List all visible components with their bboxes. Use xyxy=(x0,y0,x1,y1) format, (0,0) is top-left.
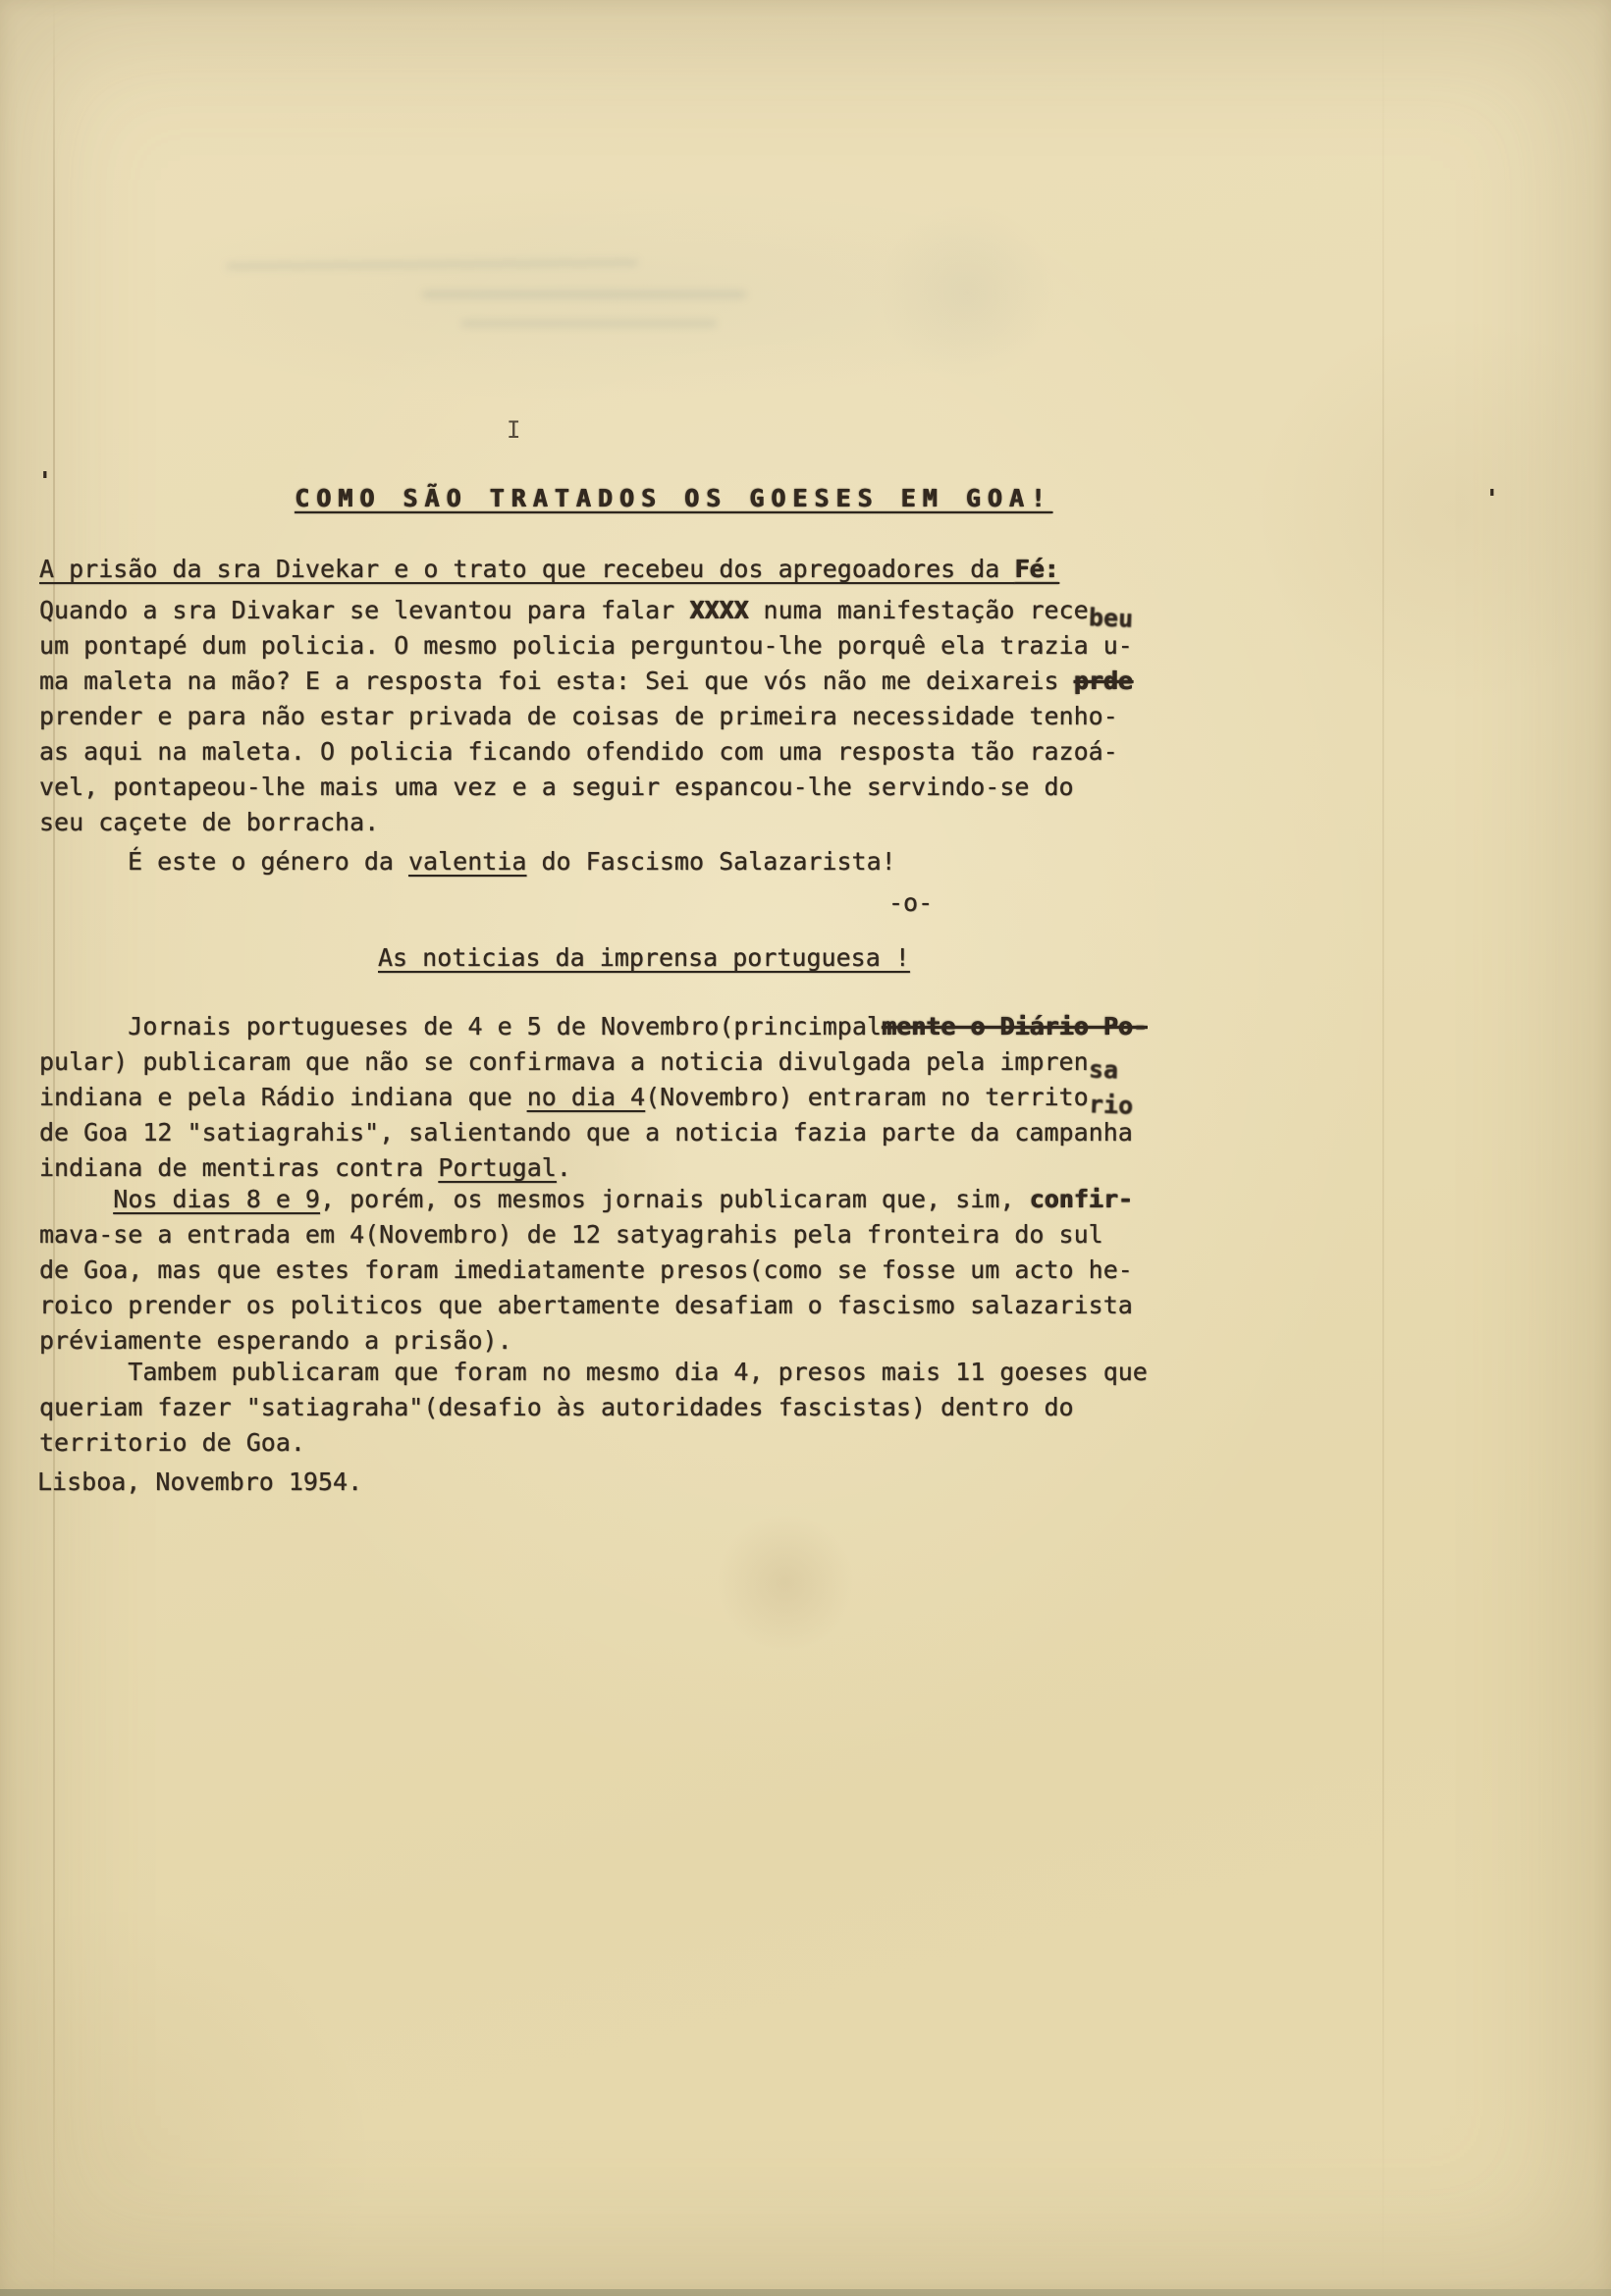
text-line: de Goa 12 "satiagrahis", salientando que… xyxy=(39,1115,1148,1150)
text-segment: XXXX xyxy=(689,596,748,624)
text-segment: É este o género da xyxy=(128,847,408,876)
text-line: de Goa, mas que estes foram imediatament… xyxy=(39,1253,1133,1288)
text-segment: numa manifestação rece xyxy=(748,596,1088,624)
text-segment: ma maleta na mão? E a resposta foi esta:… xyxy=(39,667,1074,695)
text-segment: queriam fazer "satiagraha"(desafio às au… xyxy=(39,1393,1074,1421)
text-line: as aqui na maleta. O policia ficando ofe… xyxy=(39,734,1133,770)
text-segment: rio xyxy=(1088,1087,1133,1124)
text-segment: prender e para não estar privada de cois… xyxy=(39,702,1118,730)
text-segment: pular) publicaram que não se confirmava … xyxy=(39,1047,1089,1076)
scanned-document-page: I ' ' COMO SÃO TRATADOS OS GOESES EM GOA… xyxy=(0,0,1611,2296)
text-segment: -o- xyxy=(888,888,933,917)
text-line: Nos dias 8 e 9, porém, os mesmos jornais… xyxy=(39,1182,1133,1217)
paragraph-3: Nos dias 8 e 9, porém, os mesmos jornais… xyxy=(39,1182,1133,1359)
text-segment: do Fascismo Salazarista! xyxy=(526,847,895,876)
text-line: Jornais portugueses de 4 e 5 de Novembro… xyxy=(39,1009,1148,1044)
typewritten-text: COMO SÃO TRATADOS OS GOESES EM GOA!A pri… xyxy=(0,0,1611,2296)
text-segment: vel, pontapeou-lhe mais uma vez e a segu… xyxy=(39,773,1074,801)
date-line: Lisboa, Novembro 1954. xyxy=(37,1465,362,1500)
text-segment: Jornais portugueses de 4 e 5 de Novembro… xyxy=(39,1012,882,1041)
text-segment: Fé: xyxy=(1014,555,1058,583)
text-segment: , porém, os mesmos jornais publicaram qu… xyxy=(320,1185,1029,1213)
text-segment: indiana de mentiras contra xyxy=(39,1153,438,1182)
text-segment: A prisão da sra Divekar e o trato que re… xyxy=(39,555,1014,583)
text-segment: de Goa, mas que estes foram imediatament… xyxy=(39,1255,1133,1284)
paragraph-2: Jornais portugueses de 4 e 5 de Novembro… xyxy=(39,1009,1148,1186)
paragraph-1: Quando a sra Divakar se levantou para fa… xyxy=(39,593,1133,840)
text-segment xyxy=(39,1185,113,1213)
text-line: roico prender os politicos que abertamen… xyxy=(39,1288,1133,1323)
text-segment: . xyxy=(557,1153,571,1182)
text-segment: prde xyxy=(1074,667,1133,695)
text-line: Tambem publicaram que foram no mesmo dia… xyxy=(39,1355,1148,1390)
text-line: um pontapé dum policia. O mesmo policia … xyxy=(39,628,1133,664)
text-line: préviamente esperando a prisão). xyxy=(39,1323,1133,1359)
text-segment: sa xyxy=(1088,1051,1118,1088)
text-segment: territorio de Goa. xyxy=(39,1428,305,1457)
text-line: indiana de mentiras contra Portugal. xyxy=(39,1150,1148,1186)
conclusion-line: É este o género da valentia do Fascismo … xyxy=(128,844,896,880)
text-segment: valentia xyxy=(408,847,526,876)
text-line: COMO SÃO TRATADOS OS GOESES EM GOA! xyxy=(295,481,1052,516)
text-segment: Nos dias 8 e 9 xyxy=(113,1185,320,1213)
text-line: prender e para não estar privada de cois… xyxy=(39,699,1133,734)
text-segment: Portugal xyxy=(438,1153,556,1182)
text-segment: Lisboa, Novembro 1954. xyxy=(37,1468,362,1496)
paragraph-4: Tambem publicaram que foram no mesmo dia… xyxy=(39,1355,1148,1461)
page-title: COMO SÃO TRATADOS OS GOESES EM GOA! xyxy=(295,481,1052,516)
text-line: -o- xyxy=(888,885,933,921)
text-line: Lisboa, Novembro 1954. xyxy=(37,1465,362,1500)
text-line: mava-se a entrada em 4(Novembro) de 12 s… xyxy=(39,1217,1133,1253)
text-line: indiana e pela Rádio indiana que no dia … xyxy=(39,1080,1148,1115)
text-segment: seu caçete de borracha. xyxy=(39,808,379,836)
text-segment: roico prender os politicos que abertamen… xyxy=(39,1291,1133,1319)
text-segment: mente o Diário Po- xyxy=(882,1012,1148,1041)
text-line: A prisão da sra Divekar e o trato que re… xyxy=(39,552,1059,587)
text-line: seu caçete de borracha. xyxy=(39,805,1133,840)
text-segment: confir- xyxy=(1029,1185,1132,1213)
text-segment: indiana e pela Rádio indiana que xyxy=(39,1083,527,1111)
text-segment: as aqui na maleta. O policia ficando ofe… xyxy=(39,737,1118,766)
text-segment: mava-se a entrada em 4(Novembro) de 12 s… xyxy=(39,1220,1103,1249)
section1-heading: A prisão da sra Divekar e o trato que re… xyxy=(39,552,1059,587)
text-line: ma maleta na mão? E a resposta foi esta:… xyxy=(39,664,1133,699)
text-line: É este o género da valentia do Fascismo … xyxy=(128,844,896,880)
text-line: pular) publicaram que não se confirmava … xyxy=(39,1044,1148,1080)
text-segment: Quando a sra Divakar se levantou para fa… xyxy=(39,596,689,624)
text-segment: Tambem publicaram que foram no mesmo dia… xyxy=(39,1358,1148,1386)
text-segment: As noticias da imprensa portuguesa ! xyxy=(378,943,910,972)
separator: -o- xyxy=(888,885,933,921)
text-line: queriam fazer "satiagraha"(desafio às au… xyxy=(39,1390,1148,1425)
text-line: As noticias da imprensa portuguesa ! xyxy=(378,940,910,976)
text-segment: préviamente esperando a prisão). xyxy=(39,1326,512,1355)
text-segment: de Goa 12 "satiagrahis", salientando que… xyxy=(39,1118,1133,1147)
text-line: vel, pontapeou-lhe mais uma vez e a segu… xyxy=(39,770,1133,805)
text-segment: um pontapé dum policia. O mesmo policia … xyxy=(39,631,1133,660)
text-segment: no dia 4 xyxy=(527,1083,645,1111)
text-segment: (Novembro) entraram no territo xyxy=(645,1083,1089,1111)
section2-heading: As noticias da imprensa portuguesa ! xyxy=(378,940,910,976)
text-line: territorio de Goa. xyxy=(39,1425,1148,1461)
text-segment: COMO SÃO TRATADOS OS GOESES EM GOA! xyxy=(295,484,1052,512)
text-segment: beu xyxy=(1088,600,1133,637)
text-line: Quando a sra Divakar se levantou para fa… xyxy=(39,593,1133,628)
